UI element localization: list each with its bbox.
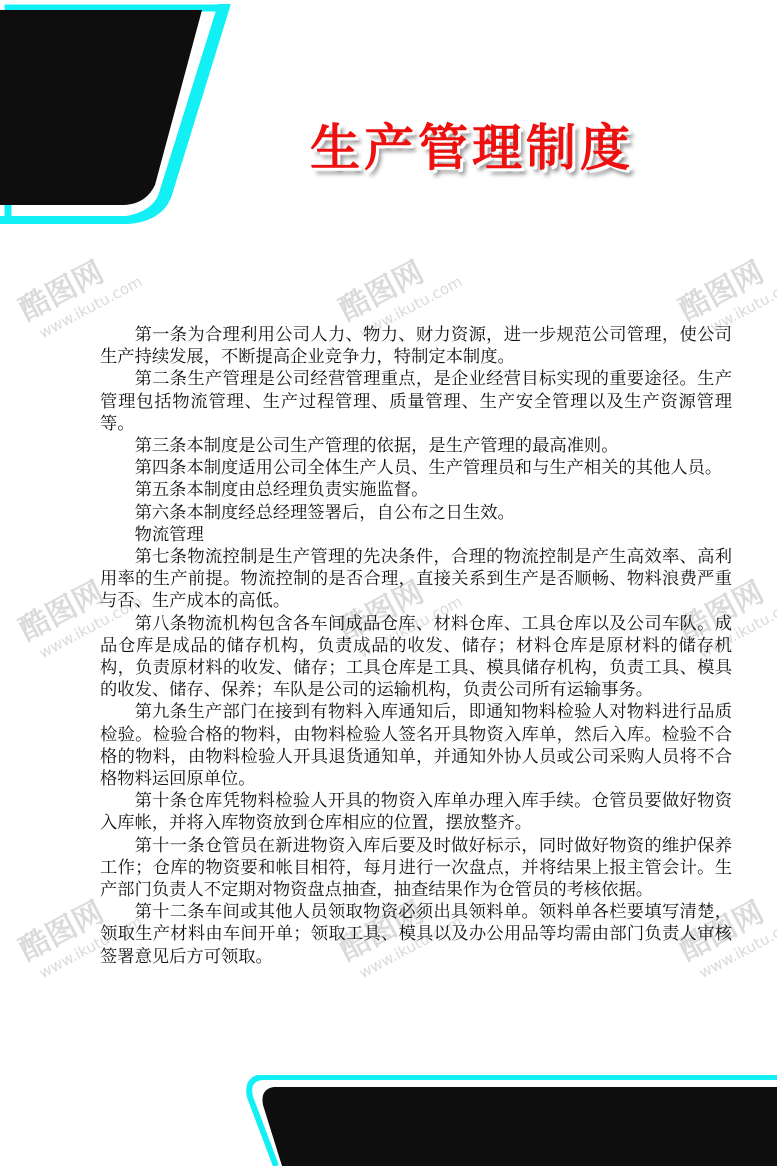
article-8: 第八条物流机构包含各车间成品仓库、材料仓库、工具仓库以及公司车队。成品仓库是成品… xyxy=(100,613,732,702)
article-3: 第三条本制度是公司生产管理的依据，是生产管理的最高准则。 xyxy=(100,435,732,457)
article-1: 第一条为合理利用公司人力、物力、财力资源，进一步规范公司管理，使公司生产持续发展… xyxy=(100,324,732,368)
watermark-brand: 酷图网 xyxy=(14,575,110,648)
top-left-decorative-panel xyxy=(0,0,330,230)
article-11: 第十一条仓管员在新进物资入库后要及时做好标示，同时做好物资的维护保养工作；仓库的… xyxy=(100,835,732,902)
bottom-right-decorative-panel xyxy=(240,1075,777,1166)
watermark-brand: 酷图网 xyxy=(14,895,110,968)
section-heading-logistics: 物流管理 xyxy=(100,524,732,546)
article-6: 第六条本制度经总经理签署后，自公布之日生效。 xyxy=(100,502,732,524)
article-12: 第十二条车间或其他人员领取物资必须出具领料单。领料单各栏要填写清楚，领取生产材料… xyxy=(100,901,732,968)
article-5: 第五条本制度由总经理负责实施监督。 xyxy=(100,479,732,501)
watermark-brand: 酷图网 xyxy=(334,255,430,328)
regulation-body: 第一条为合理利用公司人力、物力、财力资源，进一步规范公司管理，使公司生产持续发展… xyxy=(100,324,732,968)
article-2: 第二条生产管理是公司经营管理重点，是企业经营目标实现的重要途径。生产管理包括物流… xyxy=(100,368,732,435)
watermark-brand: 酷图网 xyxy=(674,255,770,328)
page-title: 生产管理制度 xyxy=(310,108,634,180)
watermark-brand: 酷图网 xyxy=(14,255,110,328)
article-4: 第四条本制度适用公司全体生产人员、生产管理员和与生产相关的其他人员。 xyxy=(100,457,732,479)
article-10: 第十条仓库凭物料检验人开具的物资入库单办理入库手续。仓管员要做好物资入库帐，并将… xyxy=(100,790,732,834)
article-7: 第七条物流控制是生产管理的先决条件，合理的物流控制是产生高效率、高利用率的生产前… xyxy=(100,546,732,613)
article-9: 第九条生产部门在接到有物料入库通知后，即通知物料检验人对物料进行品质检验。检验合… xyxy=(100,701,732,790)
